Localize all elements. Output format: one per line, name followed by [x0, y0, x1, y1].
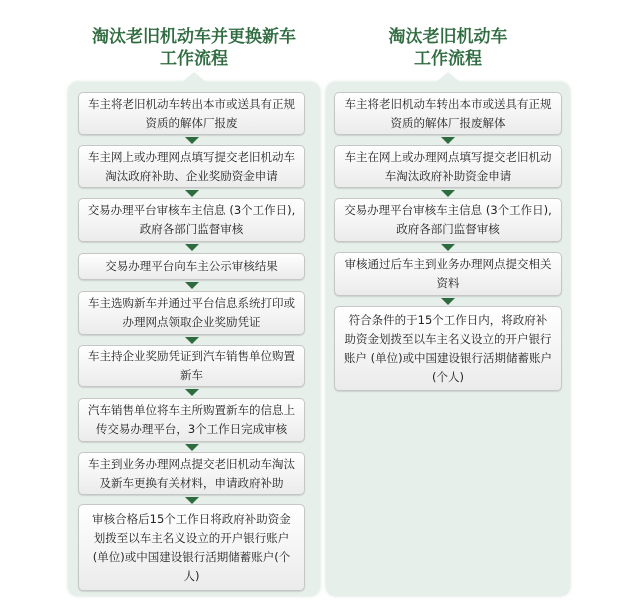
- panel-notch: [182, 72, 206, 82]
- arrow-down-icon: [185, 337, 199, 344]
- arrow-down-icon: [441, 244, 455, 251]
- arrow-down-icon: [185, 497, 199, 504]
- left-step-1: 车主将老旧机动车转出本市或送具有正规资质的解体厂报废: [78, 92, 305, 135]
- arrow-down-icon: [185, 244, 199, 251]
- right-title-line1: 淘汰老旧机动车: [326, 26, 570, 48]
- right-flow-title: 淘汰老旧机动车 工作流程: [326, 26, 570, 70]
- arrow-down-icon: [441, 298, 455, 305]
- left-step-9: 审核合格后15个工作日将政府补助资金划拨至以车主名义设立的开户银行账户(单位)或…: [78, 504, 305, 591]
- arrow-down-icon: [185, 282, 199, 289]
- arrow-down-icon: [185, 389, 199, 396]
- panel-notch: [436, 72, 460, 82]
- arrow-down-icon: [185, 190, 199, 197]
- left-title-line1: 淘汰老旧机动车并更换新车: [68, 26, 320, 48]
- right-step-1: 车主将老旧机动车转出本市或送具有正规资质的解体厂报废解体: [334, 92, 562, 135]
- right-step-3: 交易办理平台审核车主信息 (3个工作日),政府各部门监督审核: [334, 198, 562, 242]
- left-step-3: 交易办理平台审核车主信息 (3个工作日),政府各部门监督审核: [78, 198, 305, 242]
- right-title-line2: 工作流程: [326, 48, 570, 70]
- left-title-line2: 工作流程: [68, 48, 320, 70]
- left-step-6: 车主持企业奖励凭证到汽车销售单位购置新车: [78, 345, 305, 387]
- left-step-5: 车主选购新车并通过平台信息系统打印或办理网点领取企业奖励凭证: [78, 291, 305, 335]
- right-step-2: 车主在网上或办理网点填写提交老旧机动车淘汰政府补助资金申请: [334, 145, 562, 188]
- arrow-down-icon: [441, 137, 455, 144]
- left-step-8: 车主到业务办理网点提交老旧机动车淘汰及新车更换有关材料，申请政府补助: [78, 452, 305, 495]
- left-step-2: 车主网上或办理网点填写提交老旧机动车淘汰政府补助、企业奖励资金申请: [78, 145, 305, 188]
- arrow-down-icon: [185, 137, 199, 144]
- arrow-down-icon: [441, 190, 455, 197]
- left-flow-title: 淘汰老旧机动车并更换新车 工作流程: [68, 26, 320, 70]
- arrow-down-icon: [185, 444, 199, 451]
- left-step-4: 交易办理平台向车主公示审核结果: [78, 253, 305, 280]
- left-step-7: 汽车销售单位将车主所购置新车的信息上传交易办理平台，3个工作日完成审核: [78, 398, 305, 442]
- right-step-4: 审核通过后车主到业务办理网点提交相关资料: [334, 252, 562, 296]
- right-step-5: 符合条件的于15个工作日内，将政府补助资金划拨至以车主名义设立的开户银行账户 (…: [334, 306, 562, 391]
